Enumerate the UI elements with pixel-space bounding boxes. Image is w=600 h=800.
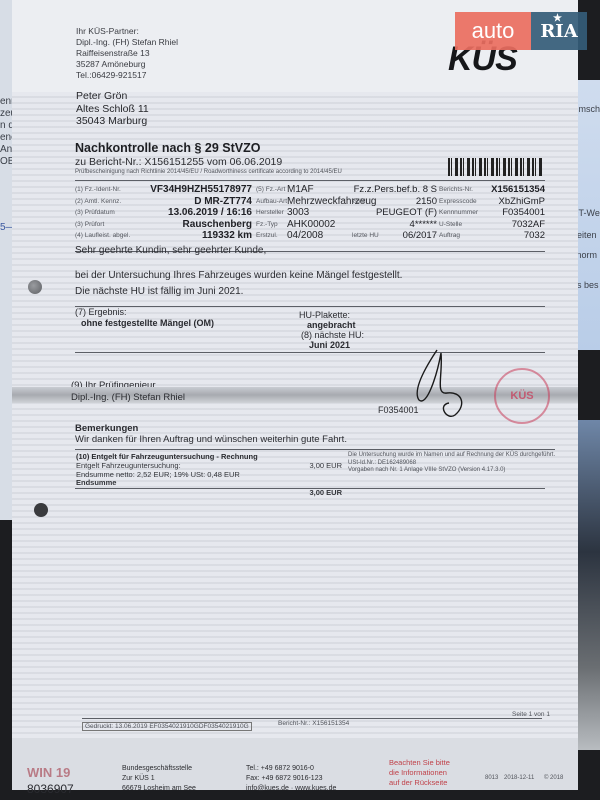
backside-notice: Beachten Sie bitte die Informationen auf… — [389, 758, 450, 788]
office-line: Bundesgeschäftsstelle — [122, 764, 196, 774]
invoice-row-label: Endsumme — [76, 478, 116, 487]
vehicle-field-value: XbZhiGmP — [499, 196, 545, 207]
report-certificate-note: Prüfbescheinigung nach Richtlinie 2014/4… — [75, 169, 342, 175]
invoice-note-line: Vorgaben nach Nr. 1 Anlage VIIIe StVZO (… — [348, 467, 555, 475]
office-line: 66679 Losheim am See — [122, 784, 196, 794]
form-mark: © 2018 — [544, 775, 563, 781]
vehicle-field-value: 7032AF — [512, 219, 545, 230]
vehicle-field-label: (4) Laufleist. abgel. — [75, 232, 130, 239]
notice-line: auf der Rückseite — [389, 778, 450, 788]
autoria-auto: auto — [455, 12, 531, 50]
vehicle-field-label: U-Stelle — [439, 221, 462, 228]
official-stamp: KÜS — [494, 368, 550, 424]
vehicle-field-label: zGM — [352, 198, 366, 205]
invoice-note: Die Untersuchung wurde im Namen und auf … — [348, 452, 555, 475]
vehicle-field-label: (3) Prüfdatum — [75, 209, 115, 216]
form-code-number: 8013 — [485, 775, 498, 781]
notice-line: Beachten Sie bitte — [389, 758, 450, 768]
win-number: 8036907 — [27, 782, 74, 796]
background-photo — [576, 420, 600, 750]
plakette-label: HU-Plakette: — [299, 310, 350, 320]
invoice-row-amount: 3,00 EUR — [309, 488, 342, 497]
vehicle-field-value: Fz.z.Pers.bef.b. 8 S — [354, 184, 437, 195]
recipient-city: 35043 Marburg — [76, 115, 149, 128]
next-hu-value: Juni 2021 — [309, 340, 350, 350]
vehicle-field-label: Kennnummer — [439, 209, 478, 216]
contact-line: info@kues.de · www.kues.de — [246, 784, 336, 794]
vehicle-field-value: 4****** — [410, 219, 437, 230]
punch-hole — [28, 280, 42, 294]
recipient-address: Peter Grön Altes Schloß 11 35043 Marburg — [76, 90, 149, 128]
vehicle-field-label: letzte HU — [352, 232, 379, 239]
vehicle-field-value: AHK00002 — [287, 219, 335, 230]
autoria-ria: ★ RIA — [531, 12, 587, 50]
vehicle-field-value: 13.06.2019 / 16:16 — [168, 207, 252, 218]
form-code: 8013 2018-12-11 © 2018 — [485, 775, 563, 781]
vehicle-field-value: 2150 — [416, 196, 437, 207]
form-date: 2018-12-11 — [504, 775, 534, 781]
invoice-row-amount: 3,00 EUR — [309, 461, 342, 470]
vehicle-field-value: X156151354 — [491, 184, 545, 195]
plakette-value: angebracht — [307, 320, 356, 330]
vehicle-field-label: Expresscode — [439, 198, 477, 205]
recipient-street: Altes Schloß 11 — [76, 103, 149, 116]
letter-line-1: bei der Untersuchung Ihres Fahrzeuges wu… — [75, 270, 402, 281]
vehicle-field-label: Fz.-Typ — [256, 221, 278, 228]
vehicle-field-label: (2) Amtl. Kennz. — [75, 198, 121, 205]
vehicle-field-value: 119332 km — [202, 230, 252, 241]
divider — [75, 306, 545, 307]
vehicle-field-label: Auftrag — [439, 232, 460, 239]
vehicle-field-value: 7032 — [524, 230, 545, 241]
remarks-title: Bemerkungen — [75, 423, 138, 434]
vehicle-field-value: 04/2008 — [287, 230, 323, 241]
contact-line: Tel.: +49 6872 9016-0 — [246, 764, 336, 774]
vehicle-field-value: 06/2017 — [403, 230, 437, 241]
vehicle-field-value: D MR-ZT774 — [194, 196, 252, 207]
invoice-title: (10) Entgelt für Fahrzeuguntersuchung - … — [76, 452, 258, 461]
barcode — [448, 158, 544, 176]
remarks-text: Wir danken für Ihren Auftrag und wünsche… — [75, 434, 347, 445]
inspection-report-document: Ihr KÜS-Partner: Dipl.-Ing. (FH) Stefan … — [12, 0, 578, 790]
invoice-note-line: Die Untersuchung wurde im Namen und auf … — [348, 452, 555, 460]
recipient-name: Peter Grön — [76, 90, 149, 103]
partner-label: Ihr KÜS-Partner: — [76, 26, 178, 37]
divider — [75, 488, 545, 489]
page-indicator: Seite 1 von 1 — [512, 711, 550, 718]
divider — [75, 180, 545, 181]
vehicle-field-label: Aufbau-Art — [256, 198, 287, 205]
letter-line-2: Die nächste HU ist fällig im Juni 2021. — [75, 286, 243, 297]
vehicle-field-value: 3003 — [287, 207, 309, 218]
partner-phone: Tel.:06429-921517 — [76, 70, 178, 81]
vehicle-field-value: F0354001 — [502, 207, 545, 218]
partner-city: 35287 Amöneburg — [76, 59, 178, 70]
office-address: Bundesgeschäftsstelle Zur KÜS 1 66679 Lo… — [122, 764, 196, 794]
office-line: Zur KÜS 1 — [122, 774, 196, 784]
next-hu-label: (8) nächste HU: — [301, 330, 364, 340]
vehicle-field-value: PEUGEOT (F) — [376, 207, 437, 218]
partner-name: Dipl.-Ing. (FH) Stefan Rhiel — [76, 37, 178, 48]
divider — [75, 449, 555, 450]
autoria-watermark: auto ★ RIA — [455, 12, 587, 50]
engineer-name: Dipl.-Ing. (FH) Stefan Rhiel — [71, 392, 185, 403]
vehicle-field-value: Rauschenberg — [183, 219, 252, 230]
vehicle-field-label: (5) Fz.-Art — [256, 186, 285, 193]
vehicle-field-label: (3) Prüfort — [75, 221, 104, 228]
punch-hole — [34, 503, 48, 517]
win-label: WIN 19 — [27, 765, 70, 780]
stamp-text: KÜS — [510, 390, 533, 402]
printed-info: Gedruckt: 13.06.2019 EF0354021910GDF0354… — [82, 722, 252, 731]
vehicle-field-value: M1AF — [287, 184, 314, 195]
invoice-note-line: USt-Id.Nr.: DE162489068 — [348, 460, 555, 468]
result-label: (7) Ergebnis: — [75, 307, 127, 317]
vehicle-field-label: Erstzul. — [256, 232, 278, 239]
bg-fragment: An — [0, 144, 12, 155]
vehicle-field-label: Berichts-Nr. — [439, 186, 473, 193]
contact-info: Tel.: +49 6872 9016-0 Fax: +49 6872 9016… — [246, 764, 336, 794]
notice-line: die Informationen — [389, 768, 450, 778]
signature — [407, 345, 477, 425]
contact-line: Fax: +49 6872 9016-123 — [246, 774, 336, 784]
partner-address: Ihr KÜS-Partner: Dipl.-Ing. (FH) Stefan … — [76, 26, 178, 81]
partner-street: Raiffeisenstraße 13 — [76, 48, 178, 59]
result-value: ohne festgestellte Mängel (OM) — [81, 318, 214, 328]
star-icon: ★ — [553, 13, 562, 24]
vehicle-field-label: Hersteller — [256, 209, 284, 216]
print-report-number: Bericht-Nr.: X156151354 — [278, 720, 349, 727]
divider — [82, 718, 542, 719]
vehicle-field-value: VF34H9HZH55178977 — [150, 184, 252, 195]
report-title: Nachkontrolle nach § 29 StVZO — [75, 141, 260, 155]
report-subtitle: zu Bericht-Nr.: X156151255 vom 06.06.201… — [75, 156, 282, 168]
letter-greeting: Sehr geehrte Kundin, sehr geehrter Kunde… — [75, 245, 266, 256]
vehicle-field-label: (1) Fz.-Ident-Nr. — [75, 186, 121, 193]
